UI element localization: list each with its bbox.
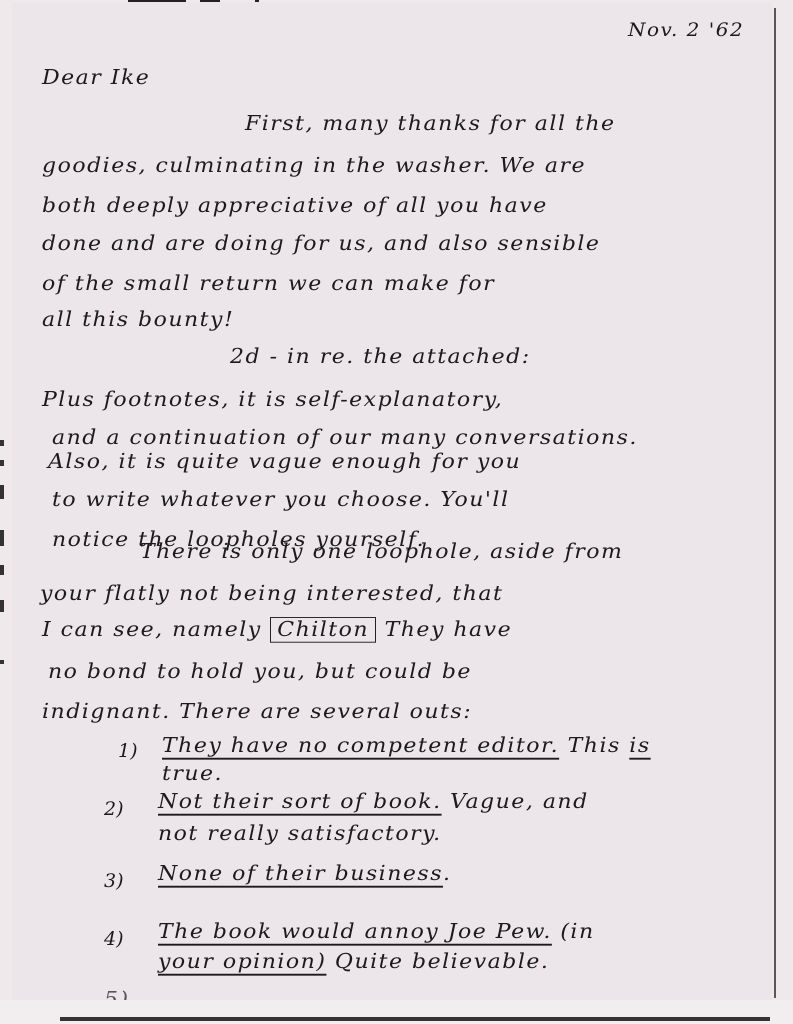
body-line: done and are doing for us, and also sens… (42, 232, 600, 256)
scan-edge-mark (0, 565, 4, 575)
list-item-4: The book would annoy Joe Pew. (in (158, 920, 595, 944)
body-line: of the small return we can make for (42, 272, 495, 296)
scan-bottom-edge (60, 1017, 770, 1021)
list-item-3: None of their business. (158, 862, 451, 886)
body-line: and a continuation of our many conversat… (52, 426, 638, 450)
namely-text: I can see, namely (42, 618, 262, 642)
scan-edge-mark (0, 485, 4, 499)
boxed-word-chilton: Chilton (270, 617, 376, 643)
salutation: Dear Ike (42, 66, 150, 90)
list-number: 2) (104, 798, 124, 820)
scan-edge-mark (0, 530, 4, 546)
list-item-2-cont: not really satisfactory. (158, 822, 442, 846)
list-number: 1) (118, 740, 138, 762)
emphasis-is: is (629, 734, 650, 758)
list-item-rest: This (559, 734, 629, 758)
right-margin-rule (774, 8, 776, 998)
body-line: no bond to hold you, but could be (48, 660, 472, 684)
body-line: goodies, culminating in the washer. We a… (42, 154, 586, 178)
list-number: 4) (104, 928, 124, 950)
list-item-2: Not their sort of book. Vague, and (158, 790, 589, 814)
list-item-underlined: None of their business (158, 862, 443, 886)
body-line: There is only one loophole, aside from (140, 540, 623, 564)
body-line: Plus footnotes, it is self-explanatory, (42, 388, 503, 412)
body-line: 2d - in re. the attached: (230, 345, 531, 369)
list-item-underlined: The book would annoy Joe Pew. (158, 920, 552, 944)
scan-edge-mark (0, 600, 4, 612)
body-line: First, many thanks for all the (245, 112, 616, 136)
body-line: your flatly not being interested, that (40, 582, 503, 606)
list-item-underlined: your opinion) (158, 950, 326, 974)
list-item-rest: Vague, and (442, 790, 589, 814)
scan-edge-mark (0, 460, 4, 466)
body-line: both deeply appreciative of all you have (42, 194, 548, 218)
letter-date: Nov. 2 '62 (628, 18, 744, 41)
body-line: indignant. There are several outs: (42, 700, 472, 724)
list-item-underlined: They have no competent editor. (162, 734, 559, 758)
list-item-rest: . (443, 862, 452, 886)
list-number: 3) (104, 870, 124, 892)
scan-edge-mark (0, 440, 4, 446)
body-line: all this bounty! (42, 308, 234, 332)
they-have-text: They have (385, 618, 513, 642)
list-item-1-cont: true. (162, 762, 223, 786)
list-item-1: They have no competent editor. This is (162, 734, 651, 758)
list-item-underlined: Not their sort of book. (158, 790, 442, 814)
list-item-4-cont: your opinion) Quite believable. (158, 950, 549, 974)
list-item-rest: (in (552, 920, 595, 944)
body-line: Also, it is quite vague enough for you (48, 450, 521, 474)
body-line: to write whatever you choose. You'll (52, 488, 510, 512)
body-line-namely: I can see, namely Chilton They have (42, 618, 512, 642)
scan-edge-mark (0, 660, 4, 664)
list-item-rest: Quite believable. (326, 950, 549, 974)
